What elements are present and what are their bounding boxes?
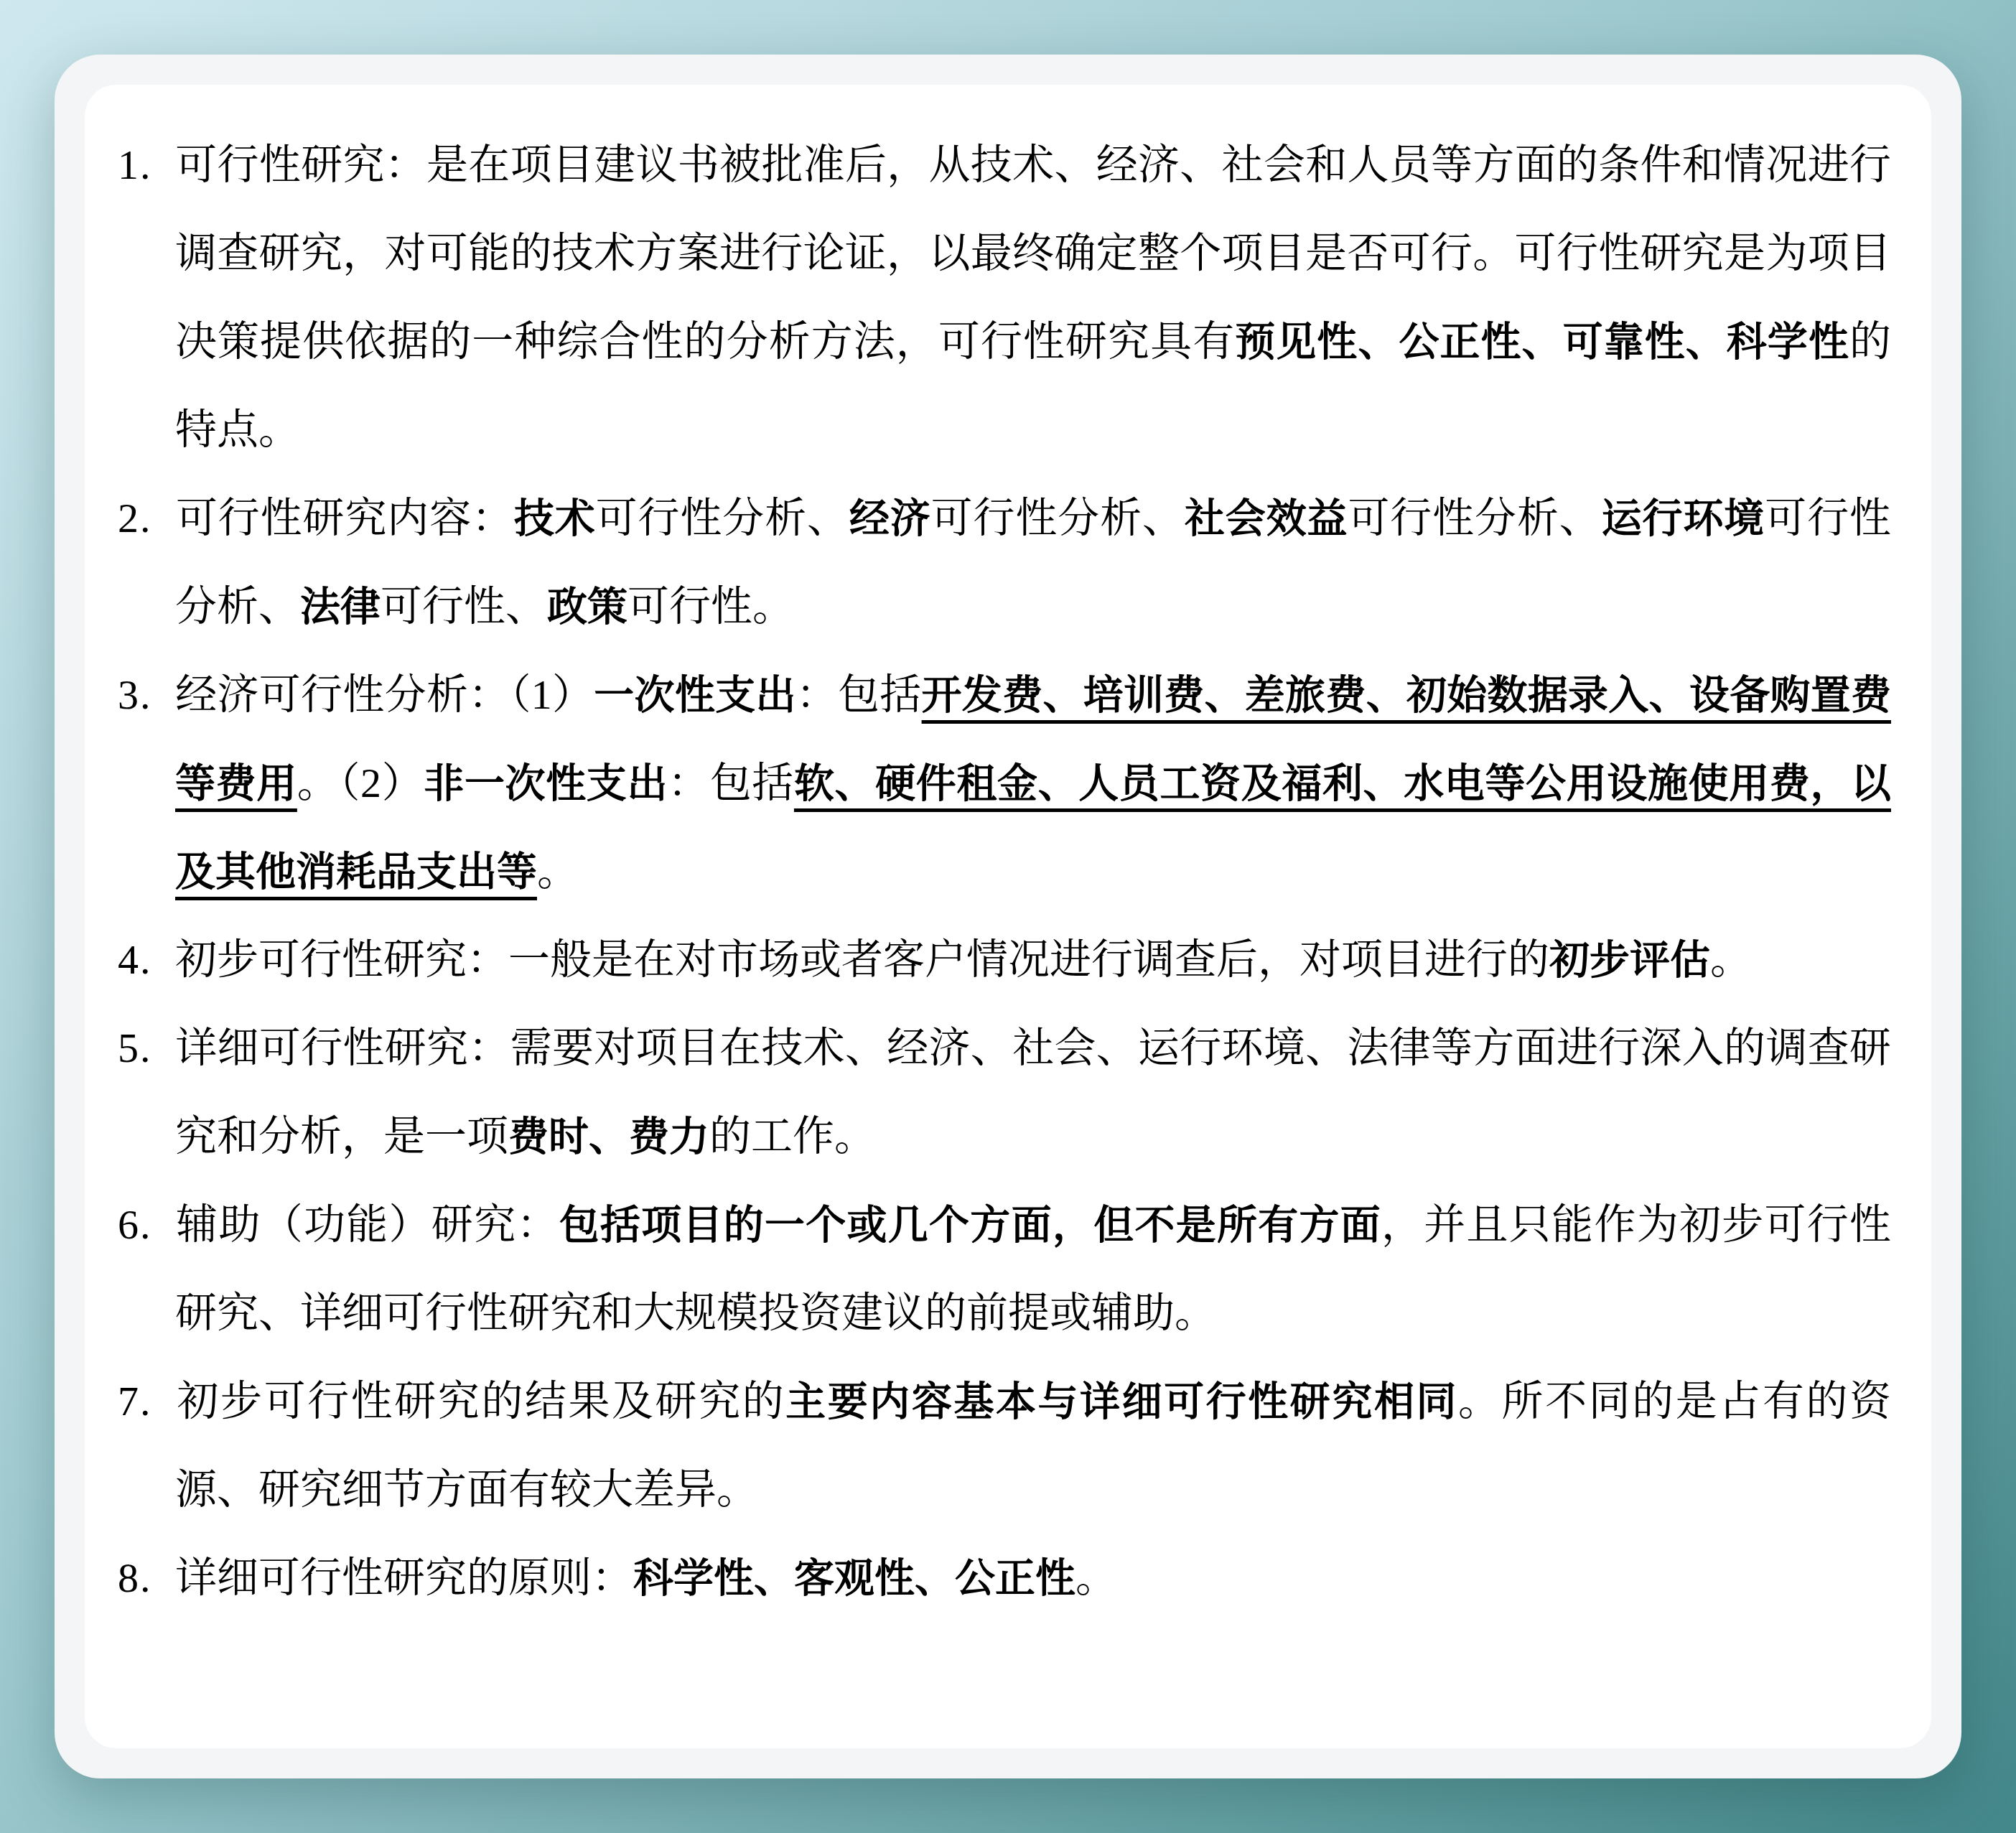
text-run: 辅助（功能）研究： (175, 1201, 559, 1248)
text-run: 可行性分析、 (596, 495, 849, 541)
list-item: 5.详细可行性研究：需要对项目在技术、经济、社会、运行环境、法律等方面进行深入的… (118, 1004, 1891, 1180)
text-run: 可行性。 (627, 583, 794, 630)
list-item: 8.详细可行性研究的原则：科学性、客观性、公正性。 (118, 1534, 1891, 1622)
text-run: 。 (1710, 936, 1752, 983)
item-number: 5. (118, 1004, 175, 1092)
text-run: 可行性分析、 (1348, 495, 1601, 541)
text-run: 详细可行性研究：需要对项目在技术、经济、社会、运行环境、法律等方面进行深入的调查… (175, 1025, 1891, 1160)
text-run: 。 (537, 848, 579, 895)
item-number: 6. (118, 1180, 175, 1269)
page-background: 1.可行性研究：是在项目建议书被批准后，从技术、经济、社会和人员等方面的条件和情… (0, 0, 2016, 1833)
text-run: 科学性、客观性、公正性 (633, 1555, 1075, 1600)
text-run: 包括项目的一个或几个方面，但不是所有方面 (559, 1202, 1381, 1247)
list-item: 2.可行性研究内容：技术可行性分析、经济可行性分析、社会效益可行性分析、运行环境… (118, 474, 1891, 650)
item-number: 3. (118, 650, 175, 739)
list-item: 4.初步可行性研究：一般是在对市场或者客户情况进行调查后，对项目进行的初步评估。 (118, 915, 1891, 1004)
list-item: 7.初步可行性研究的结果及研究的主要内容基本与详细可行性研究相同。所不同的是占有… (118, 1357, 1891, 1534)
text-run: 主要内容基本与详细可行性研究相同 (785, 1379, 1458, 1424)
text-run: 详细可行性研究的原则： (175, 1554, 633, 1601)
list-item: 6.辅助（功能）研究：包括项目的一个或几个方面，但不是所有方面，并且只能作为初步… (118, 1180, 1891, 1357)
text-run: 经济可行性分析：（1） (175, 671, 594, 718)
text-run: 。 (1075, 1554, 1117, 1601)
text-run: 。（2） (297, 760, 424, 806)
item-number: 2. (118, 474, 175, 562)
list-item: 3.经济可行性分析：（1）一次性支出：包括开发费、培训费、差旅费、初始数据录入、… (118, 650, 1891, 915)
item-number: 8. (118, 1534, 175, 1622)
notes-card: 1.可行性研究：是在项目建议书被批准后，从技术、经济、社会和人员等方面的条件和情… (85, 85, 1931, 1748)
notes-list: 1.可行性研究：是在项目建议书被批准后，从技术、经济、社会和人员等方面的条件和情… (118, 121, 1891, 1727)
text-run: 的工作。 (709, 1113, 876, 1160)
item-number: 4. (118, 915, 175, 1004)
text-run: 政策 (547, 584, 627, 629)
text-run: 费时、费力 (508, 1114, 709, 1159)
item-number: 7. (118, 1357, 175, 1445)
text-run: ：包括 (796, 671, 922, 718)
item-number: 1. (118, 121, 175, 209)
text-run: 初步可行性研究：一般是在对市场或者客户情况进行调查后，对项目进行的 (175, 936, 1549, 983)
text-run: 预见性、公正性、可靠性、科学性 (1235, 319, 1849, 364)
list-item: 1.可行性研究：是在项目建议书被批准后，从技术、经济、社会和人员等方面的条件和情… (118, 121, 1891, 474)
text-run: 社会效益 (1185, 495, 1348, 541)
text-run: 运行环境 (1602, 495, 1765, 541)
text-run: 一次性支出 (594, 672, 795, 717)
text-run: 非一次性支出 (424, 760, 668, 806)
text-run: 初步可行性研究的结果及研究的 (175, 1378, 785, 1424)
text-run: 可行性研究内容： (175, 495, 514, 541)
text-run: 可行性分析、 (931, 495, 1185, 541)
card: 1.可行性研究：是在项目建议书被批准后，从技术、经济、社会和人员等方面的条件和情… (55, 55, 1961, 1778)
text-run: 经济 (849, 495, 931, 541)
text-run: 技术 (514, 495, 596, 541)
text-run: 初步评估 (1549, 937, 1710, 982)
text-run: 可行性、 (381, 583, 547, 630)
text-run: ：包括 (668, 760, 794, 806)
text-run: 法律 (300, 584, 381, 629)
